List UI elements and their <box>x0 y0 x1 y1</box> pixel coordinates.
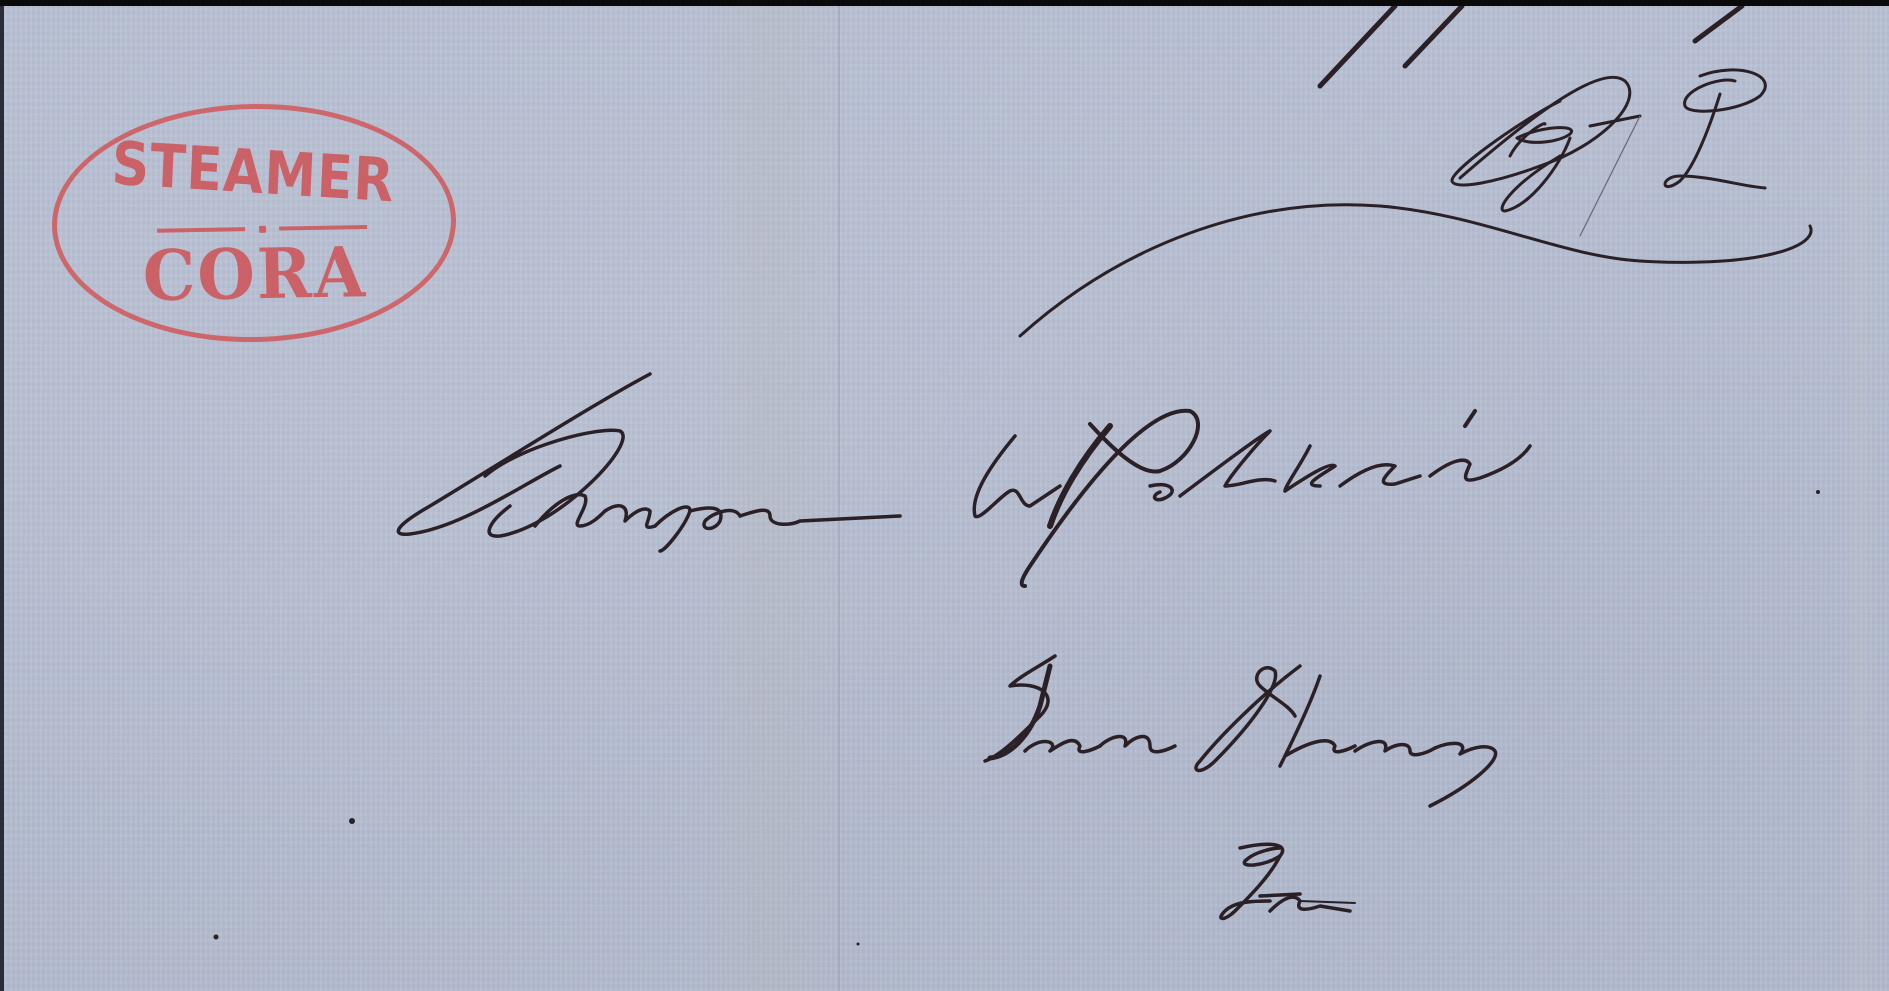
address-line3: La. <box>1380 836 1522 941</box>
fold-crease-right <box>1840 6 1880 991</box>
docket-initials: R G <box>1460 76 1666 204</box>
handstamp-line1: STEAMER <box>55 126 452 220</box>
letter-cover: STEAMER CORA / / / R G Dawson & Hopkins … <box>0 6 1889 991</box>
steamer-cora-handstamp: STEAMER CORA <box>50 100 458 345</box>
handstamp-line2: CORA <box>57 230 452 319</box>
scan-edge <box>0 6 4 991</box>
address-line2: New Orleans <box>990 656 1716 784</box>
address-line1: Dawson & Hopkins <box>400 396 1568 535</box>
address-line3-ink <box>1221 844 1355 918</box>
flourish-underline <box>1020 205 1811 336</box>
docket-top-marks: / / / <box>1320 6 1419 76</box>
